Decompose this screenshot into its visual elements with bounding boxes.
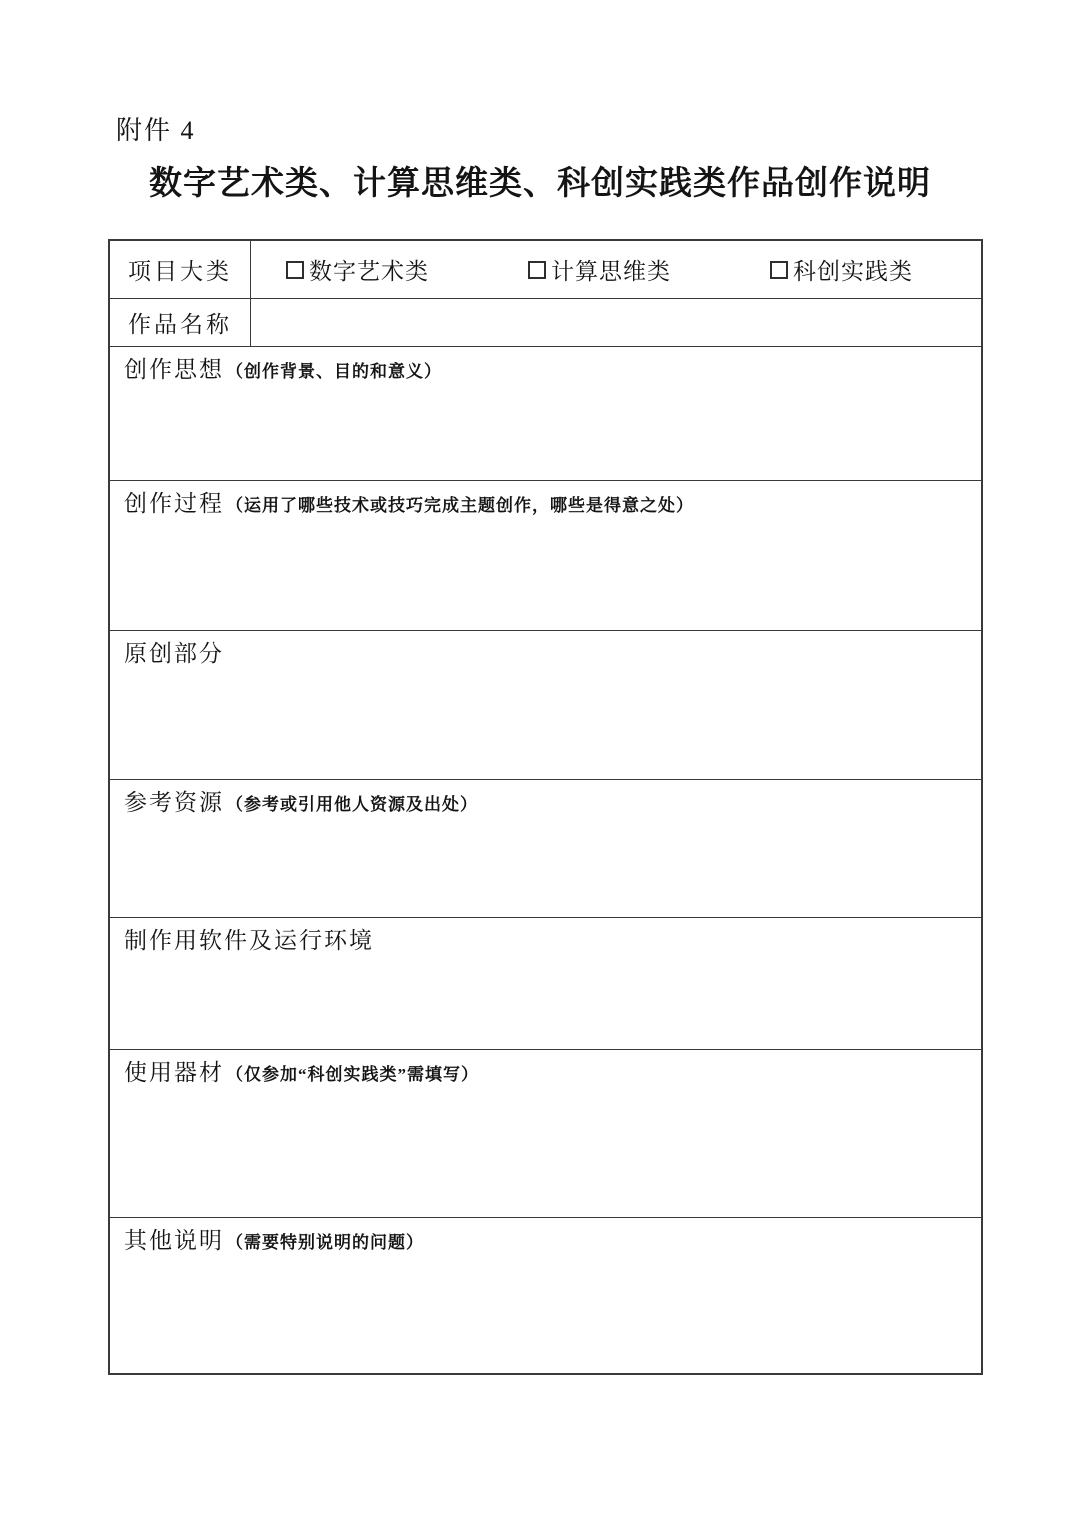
checkbox-computational-thinking-icon[interactable] bbox=[528, 261, 546, 279]
page-title: 数字艺术类、计算思维类、科创实践类作品创作说明 bbox=[0, 157, 1080, 204]
section-label: 原创部分 bbox=[124, 641, 224, 666]
section-input-area[interactable] bbox=[110, 671, 981, 779]
checkbox-scitech-practice-icon[interactable] bbox=[770, 261, 788, 279]
section-other-notes: 其他说明（需要特别说明的问题） bbox=[110, 1217, 981, 1373]
category-option-label: 科创实践类 bbox=[793, 253, 913, 286]
document-page: 附件 4 数字艺术类、计算思维类、科创实践类作品创作说明 项目大类 数字艺术类 … bbox=[0, 0, 1080, 1528]
section-label: 参考资源 bbox=[124, 790, 224, 815]
section-equipment: 使用器材（仅参加“科创实践类”需填写） bbox=[110, 1049, 981, 1217]
section-input-area[interactable] bbox=[110, 1090, 981, 1217]
section-label: 创作思想 bbox=[124, 357, 224, 382]
section-hint: （创作背景、目的和意义） bbox=[226, 362, 442, 381]
category-option-digital-art[interactable]: 数字艺术类 bbox=[286, 253, 429, 286]
section-header: 使用器材（仅参加“科创实践类”需填写） bbox=[124, 1057, 967, 1091]
section-input-area[interactable] bbox=[110, 1258, 981, 1373]
section-hint: （运用了哪些技术或技巧完成主题创作，哪些是得意之处） bbox=[226, 496, 694, 515]
section-hint: （需要特别说明的问题） bbox=[226, 1233, 424, 1252]
section-label: 制作用软件及运行环境 bbox=[124, 928, 374, 953]
project-category-label: 项目大类 bbox=[110, 241, 251, 298]
section-header: 原创部分 bbox=[124, 638, 967, 672]
section-hint: （参考或引用他人资源及出处） bbox=[226, 795, 478, 814]
category-option-label: 计算思维类 bbox=[551, 253, 671, 286]
section-input-area[interactable] bbox=[110, 521, 981, 630]
section-label: 其他说明 bbox=[124, 1228, 224, 1253]
section-original-part: 原创部分 bbox=[110, 630, 981, 779]
section-header: 创作过程（运用了哪些技术或技巧完成主题创作，哪些是得意之处） bbox=[124, 488, 967, 522]
section-header: 参考资源（参考或引用他人资源及出处） bbox=[124, 787, 967, 821]
section-header: 创作思想（创作背景、目的和意义） bbox=[124, 354, 967, 388]
form-table: 项目大类 数字艺术类 计算思维类 科创实践类 作品名称 bbox=[108, 239, 983, 1375]
row-work-name: 作品名称 bbox=[110, 298, 981, 346]
checkbox-digital-art-icon[interactable] bbox=[286, 261, 304, 279]
category-option-label: 数字艺术类 bbox=[309, 253, 429, 286]
section-hint: （仅参加“科创实践类”需填写） bbox=[226, 1065, 479, 1084]
section-input-area[interactable] bbox=[110, 387, 981, 480]
section-input-area[interactable] bbox=[110, 820, 981, 917]
work-name-label: 作品名称 bbox=[110, 299, 251, 346]
section-creative-idea: 创作思想（创作背景、目的和意义） bbox=[110, 346, 981, 480]
category-option-scitech-practice[interactable]: 科创实践类 bbox=[770, 253, 913, 286]
section-header: 其他说明（需要特别说明的问题） bbox=[124, 1225, 967, 1259]
attachment-label: 附件 4 bbox=[116, 110, 196, 147]
category-option-computational-thinking[interactable]: 计算思维类 bbox=[528, 253, 671, 286]
row-project-category: 项目大类 数字艺术类 计算思维类 科创实践类 bbox=[110, 241, 981, 298]
section-label: 使用器材 bbox=[124, 1060, 224, 1085]
project-category-options: 数字艺术类 计算思维类 科创实践类 bbox=[251, 241, 981, 298]
section-references: 参考资源（参考或引用他人资源及出处） bbox=[110, 779, 981, 917]
section-label: 创作过程 bbox=[124, 491, 224, 516]
section-creative-process: 创作过程（运用了哪些技术或技巧完成主题创作，哪些是得意之处） bbox=[110, 480, 981, 630]
section-input-area[interactable] bbox=[110, 958, 981, 1049]
section-header: 制作用软件及运行环境 bbox=[124, 925, 967, 959]
work-name-input-area[interactable] bbox=[251, 299, 981, 346]
section-software-environment: 制作用软件及运行环境 bbox=[110, 917, 981, 1049]
